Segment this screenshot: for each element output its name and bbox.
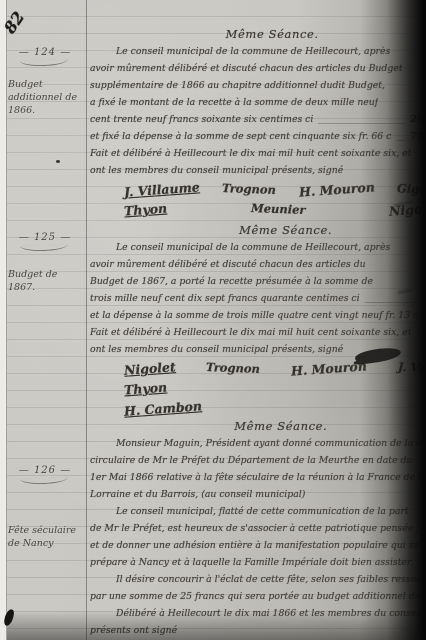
signature-row: ThyonMeunierNigolet (90, 199, 426, 219)
manuscript-line: Il désire concourir à l'éclat de cette f… (90, 571, 426, 588)
line-text: Le conseil municipal de la commune de He… (116, 239, 390, 256)
manuscript-line: et la dépense à la somme de trois mille … (90, 307, 426, 324)
line-text: 1er Mai 1866 relative à la fête séculair… (90, 469, 426, 486)
line-text: supplémentaire de 1866 au chapitre addit… (90, 77, 385, 94)
manuscript-line: Le conseil municipal, flatté de cette co… (90, 503, 426, 520)
amount-value: 756,66 (410, 128, 426, 145)
manuscript-line: circulaire de Mr le Préfet du Départemen… (90, 452, 426, 469)
manuscript-line: a fixé le montant de la recette à la som… (90, 94, 426, 111)
manuscript-line: prépare à Nancy et à laquelle la Famille… (90, 554, 426, 571)
signature-row: H. CambonB. Jean (90, 398, 426, 418)
manuscript-line: Délibéré à Heillecourt le dix mai 1866 e… (90, 605, 426, 622)
page-left-edge (0, 0, 7, 640)
manuscript-line: Lorraine et du Barrois, (au conseil muni… (90, 486, 426, 503)
line-text: Monsieur Maguin, Président ayant donné c… (116, 435, 426, 452)
line-text: trois mille neuf cent dix sept francs qu… (90, 290, 360, 307)
margin-entry-number: — 126 — (8, 464, 82, 477)
line-text: et fixé la dépense à la somme de sept ce… (90, 128, 392, 145)
sections: — 124 —Budget additionnel de 1866.Même S… (0, 0, 426, 639)
deliberation-section: — 125 —Budget de 1867.Même Séance.Le con… (0, 219, 426, 418)
signature: Gigout (397, 181, 426, 197)
margin-subject-label: Budget additionnel de 1866. (8, 78, 82, 117)
margin-flourish (20, 59, 68, 67)
ink-blot (56, 160, 60, 163)
line-text: Il désire concourir à l'éclat de cette f… (116, 571, 426, 588)
line-text: Budget de 1867, a porté la recette présu… (90, 273, 373, 290)
margin-subject-label: Budget de 1867. (8, 268, 82, 294)
manuscript-line: Monsieur Maguin, Président ayant donné c… (90, 435, 426, 452)
line-text: cent trente neuf francs soixante six cen… (90, 111, 313, 128)
margin-subject-label: Fête séculaire de Nancy (8, 524, 82, 550)
margin-flourish (20, 477, 68, 485)
margin-entry-number: — 124 — (8, 46, 82, 59)
signature: Meunier (250, 201, 305, 217)
line-text: Délibéré à Heillecourt le dix mai 1866 e… (116, 605, 426, 622)
signature-row: J. VillaumeTrognonH. MouronGigout (90, 179, 426, 199)
margin-column: — 126 —Fête séculaire de Nancy (0, 418, 86, 639)
section-body: Même Séance.Monsieur Maguin, Président a… (86, 418, 426, 639)
amount-leader-line (397, 128, 405, 141)
manuscript-line: et de donner une adhésion entière à la m… (90, 537, 426, 554)
line-text: Fait et délibéré à Heillecourt le dix ma… (90, 324, 411, 341)
manuscript-line: Budget de 1867, a porté la recette présu… (90, 273, 426, 290)
manuscript-line: et fixé la dépense à la somme de sept ce… (90, 128, 426, 145)
amount-leader-line (365, 290, 426, 303)
line-text: de Mr le Préfet, est heureux de s'associ… (90, 520, 419, 537)
signature-row: ThyonGigout (90, 378, 426, 398)
manuscript-line: trois mille neuf cent dix sept francs qu… (90, 290, 426, 307)
line-text: Le conseil municipal de la commune de He… (116, 43, 390, 60)
margin-flourish (20, 244, 68, 252)
signature: Thyon (124, 200, 168, 218)
section-body: Même Séance.Le conseil municipal de la c… (86, 0, 426, 219)
margin-column: — 125 —Budget de 1867. (0, 219, 86, 418)
line-text: Fait et délibéré à Heillecourt le dix ma… (90, 145, 411, 162)
line-text: ont les membres du conseil municipal pré… (90, 162, 343, 179)
signature: Trognon (222, 181, 276, 197)
signature: Thyon (124, 379, 168, 397)
line-text: prépare à Nancy et à laquelle la Famille… (90, 554, 413, 571)
scanned-register-page: 82 — 124 —Budget additionnel de 1866.Mêm… (0, 0, 426, 640)
line-text: a fixé le montant de la recette à la som… (90, 94, 378, 111)
manuscript-line: par une somme de 25 francs qui sera port… (90, 588, 426, 605)
section-heading: Même Séance. (90, 418, 426, 435)
line-text: présents ont signé (90, 622, 177, 639)
section-heading: Même Séance. (90, 222, 426, 239)
manuscript-line: supplémentaire de 1866 au chapitre addit… (90, 77, 426, 94)
manuscript-line: 1er Mai 1866 relative à la fête séculair… (90, 469, 426, 486)
line-text: avoir mûrement délibéré et discuté chacu… (90, 60, 403, 77)
signature: J. Villaume (397, 360, 426, 376)
manuscript-line: avoir mûrement délibéré et discuté chacu… (90, 60, 426, 77)
amount-value: 2939,66 (410, 111, 426, 128)
line-text: et la dépense à la somme de trois mille … (90, 307, 419, 324)
signature: B. Jean (421, 400, 426, 416)
manuscript-line: présents ont signé (90, 622, 426, 639)
section-heading: Même Séance. (90, 26, 426, 43)
manuscript-line: avoir mûrement délibéré et discuté chacu… (90, 256, 426, 273)
section-body: Même Séance.Le conseil municipal de la c… (86, 219, 426, 418)
line-text: ont les membres du conseil municipal pré… (90, 341, 343, 358)
line-text: avoir mûrement délibéré et discuté chacu… (90, 256, 366, 273)
page-content: — 124 —Budget additionnel de 1866.Même S… (0, 0, 426, 640)
manuscript-line: Le conseil municipal de la commune de He… (90, 43, 426, 60)
signature: H. Cambon (124, 398, 203, 418)
line-text: et de donner une adhésion entière à la m… (90, 537, 419, 554)
manuscript-line: de Mr le Préfet, est heureux de s'associ… (90, 520, 426, 537)
line-text: Lorraine et du Barrois, (au conseil muni… (90, 486, 305, 503)
manuscript-line: ont les membres du conseil municipal pré… (90, 162, 426, 179)
signature: J. Villaume (124, 179, 201, 199)
manuscript-line: cent trente neuf francs soixante six cen… (90, 111, 426, 128)
deliberation-section: — 124 —Budget additionnel de 1866.Même S… (0, 0, 426, 219)
signature: Trognon (206, 360, 260, 376)
line-text: circulaire de Mr le Préfet du Départemen… (90, 452, 412, 469)
deliberation-section: — 126 —Fête séculaire de NancyMême Séanc… (0, 418, 426, 639)
manuscript-line: Fait et délibéré à Heillecourt le dix ma… (90, 324, 426, 341)
margin-entry-number: — 125 — (8, 231, 82, 244)
amount-leader-line (318, 111, 405, 124)
manuscript-line: Fait et délibéré à Heillecourt le dix ma… (90, 145, 426, 162)
manuscript-line: Le conseil municipal de la commune de He… (90, 239, 426, 256)
signature: H. Mouron (298, 179, 375, 199)
line-text: par une somme de 25 francs qui sera port… (90, 588, 426, 605)
signature: Nigolet (124, 359, 177, 378)
line-text: Le conseil municipal, flatté de cette co… (116, 503, 409, 520)
